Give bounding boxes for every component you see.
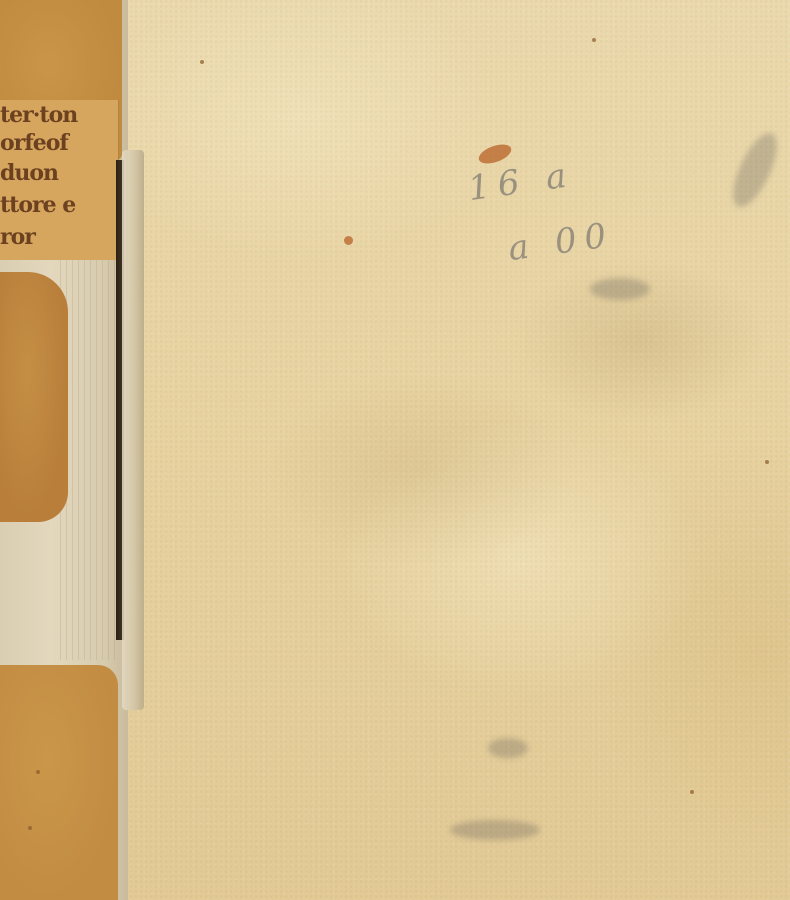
spine-covering-fragment: [0, 272, 68, 522]
spine-label-line-3: duon: [0, 160, 58, 186]
speck: [28, 826, 32, 830]
grey-smudge: [725, 127, 786, 212]
speck: [765, 460, 769, 464]
spine-label-line-2: orfeof: [0, 130, 68, 156]
speck: [690, 790, 694, 794]
spine-title-label: ter·ton orfeof duon ttore e ror: [0, 100, 119, 260]
grey-smudge: [450, 820, 540, 840]
spine-label-line-1: ter·ton: [0, 102, 77, 128]
spine-label-line-5: ror: [0, 224, 35, 250]
book-spine: ter·ton orfeof duon ttore e ror: [0, 0, 128, 900]
book-cover-photo: ter·ton orfeof duon ttore e ror 16 a a 0…: [0, 0, 790, 900]
speck: [36, 770, 40, 774]
spine-covering-bottom: [0, 665, 118, 900]
grey-smudge: [488, 738, 528, 758]
rust-spot: [344, 236, 353, 245]
speck: [200, 60, 204, 64]
torn-vellum-edge: [122, 150, 144, 710]
pencil-inscription-line-2: a 00: [506, 215, 617, 269]
grey-smudge: [590, 278, 650, 300]
spine-label-line-4: ttore e: [0, 192, 75, 218]
speck: [592, 38, 596, 42]
